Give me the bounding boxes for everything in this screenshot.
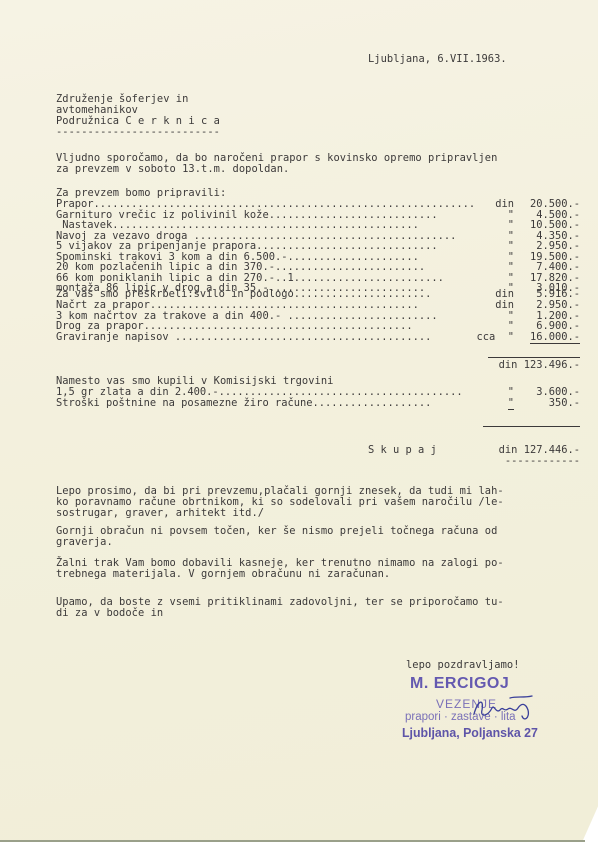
line-item-description: Graviranje napisov .....................… <box>56 332 431 343</box>
body-paragraph: Gornji obračun ni povsem točen, ker še n… <box>56 526 497 548</box>
recipient-address: Združenje šoferjev in avtomehanikov Podr… <box>56 94 220 127</box>
total-row: S k u p a j din 127.446.- <box>56 445 580 456</box>
total-dash-rule: ------------ <box>505 456 580 467</box>
total-double-rule: ------------ <box>56 456 580 467</box>
line-item-unit: cca " <box>476 332 514 343</box>
body-paragraph: Upamo, da boste z vsemi pritiklinami zad… <box>56 597 504 619</box>
line-item-amount: 16.000.- <box>530 332 580 344</box>
line-item: Stroški poštnine na posamezne žiro račun… <box>56 398 580 409</box>
paragraph-line: Gornji obračun ni povsem točen, ker še n… <box>56 525 497 537</box>
paper-edge-shadow <box>0 840 585 842</box>
line-item-description: Stroški poštnine na posamezne žiro račun… <box>56 398 431 409</box>
paragraph-line: di za v bodoče in <box>56 607 163 619</box>
subtotal-row: din 123.496.- <box>56 360 580 371</box>
handwritten-signature-icon <box>470 692 540 726</box>
line-item-unit: " <box>508 398 514 410</box>
body-paragraph: Žalni trak Vam bomo dobavili kasneje, ke… <box>56 558 504 580</box>
paragraph-line: graverja. <box>56 536 113 548</box>
subtotal-amount: din 123.496.- <box>499 360 580 371</box>
body-paragraph: Lepo prosimo, da bi pri prevzemu,plačali… <box>56 486 504 519</box>
paragraph-line: trebnega materijala. V gornjem obračunu … <box>56 568 390 580</box>
stamp-company-name: M. ERCIGOJ <box>410 675 509 693</box>
line-item: Graviranje napisov .....................… <box>56 332 580 343</box>
letter-date: Ljubljana, 6.VII.1963. <box>368 54 507 65</box>
paragraph-line: sostrugar, graver, arhitekt itd./ <box>56 507 264 519</box>
line-item-amount: 350.- <box>549 398 580 409</box>
stamp-address: Ljubljana, Poljanska 27 <box>402 725 538 740</box>
intro-paragraph: Vljudno sporočamo, da bo naročeni prapor… <box>56 153 497 175</box>
recipient-rule: -------------------------- <box>56 127 220 138</box>
subtotal-rule <box>488 357 580 358</box>
total-rule-top <box>483 426 580 427</box>
intro-line: za prevzem v soboto 13.t.m. dopoldan. <box>56 163 289 175</box>
closing-greeting: lepo pozdravljamo! <box>406 660 520 671</box>
total-label: S k u p a j <box>368 445 437 456</box>
